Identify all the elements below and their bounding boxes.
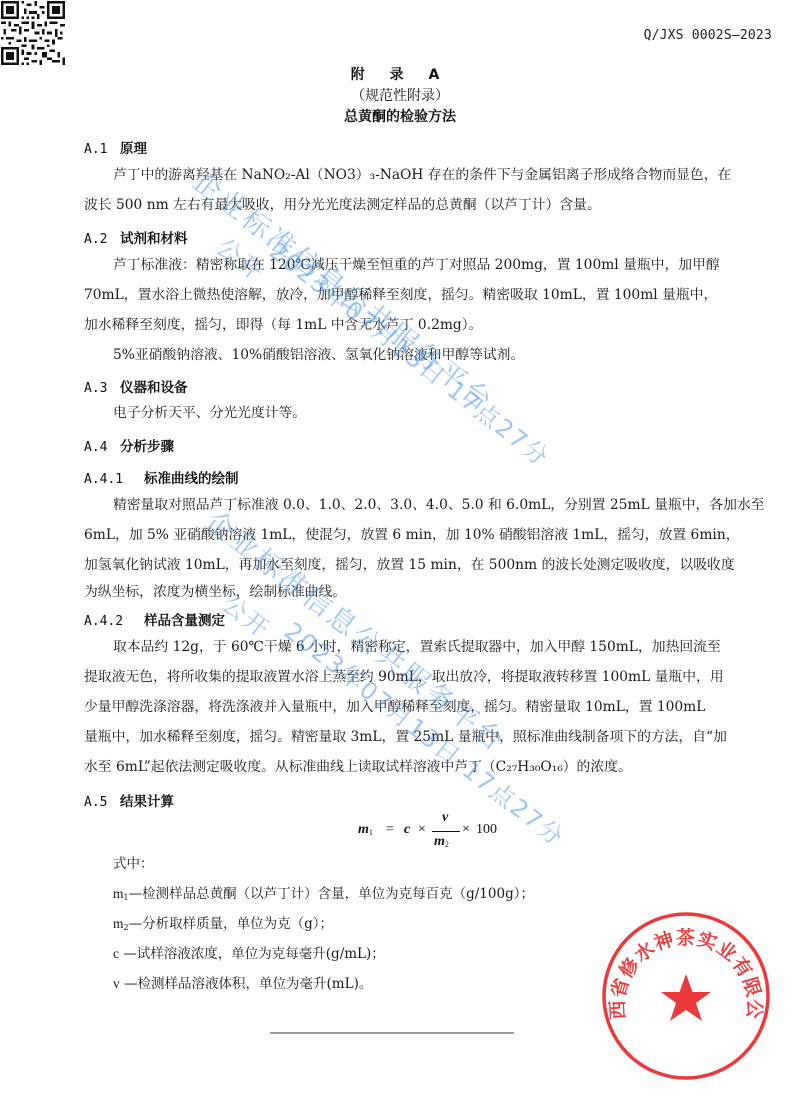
section-title: 标准曲线的绘制 — [144, 471, 239, 487]
section-title: 试剂和材料 — [120, 231, 188, 247]
section-number: A.3 — [84, 381, 120, 396]
paragraph-line: 水至 6mL”起依法测定吸收度。从标准曲线上读取试样溶液中芦丁（C₂₇H₃₀O₁… — [84, 758, 774, 776]
section-title: 仪器和设备 — [120, 380, 188, 396]
formula-times: × — [418, 822, 426, 838]
definition-m2: m2—分析取样质量，单位为克（g）； — [113, 912, 333, 932]
definition-c: c —试样溶液浓度，单位为克每毫升(g/mL)； — [113, 942, 385, 962]
section-title: 结果计算 — [120, 794, 174, 810]
section-heading-a41: A.4.1标准曲线的绘制 — [84, 467, 239, 487]
formula-c: c — [404, 822, 410, 838]
section-number: A.5 — [84, 795, 120, 810]
qr-code — [1, 1, 65, 65]
paragraph-line: 少量甲醇洗涤溶器，将洗涤液并入量瓶中，加入甲醇稀释至刻度，摇匀。精密量取 10m… — [84, 698, 774, 716]
section-number: A.2 — [84, 232, 120, 247]
definition-v: v —检测样品溶液体积，单位为毫升(mL)。 — [113, 972, 372, 992]
paragraph-line: 取本品约 12g，于 60℃干燥 6 小时，精密称定，置索氏提取器中，加入甲醇 … — [113, 638, 774, 656]
where-label: 式中： — [113, 852, 154, 872]
formula-lhs: m1 — [358, 822, 373, 838]
section-heading-a4: A.4分析步骤 — [84, 435, 174, 455]
company-seal: 江西省修水神茶实业有限公司 — [598, 908, 774, 1084]
section-heading-a3: A.3仪器和设备 — [84, 376, 188, 396]
section-title: 原理 — [120, 141, 147, 157]
section-number: A.4.2 — [84, 614, 144, 629]
paragraph-line: 芦丁标准液：精密称取在 120℃减压干燥至恒重的芦丁对照品 200mg，置 10… — [113, 256, 774, 274]
paragraph-line: 电子分析天平、分光光度计等。 — [113, 404, 774, 422]
section-title: 分析步骤 — [120, 439, 174, 455]
appendix-type: （规范性附录） — [0, 85, 800, 105]
standard-code: Q/JXS 0002S—2023 — [644, 28, 772, 43]
formula-equals: = — [386, 822, 394, 838]
section-heading-a2: A.2试剂和材料 — [84, 227, 188, 247]
paragraph-line: 为纵坐标，浓度为横坐标，绘制标准曲线。 — [84, 583, 774, 601]
paragraph-line: 提取液无色，将所收集的提取液置水浴上蒸至约 90mL，取出放冷，将提取液转移置 … — [84, 668, 774, 686]
definition-m1: m1—检测样品总黄酮（以芦丁计）含量，单位为克每百克（g/100g）； — [113, 882, 534, 902]
method-title: 总黄酮的检验方法 — [0, 106, 800, 126]
formula-constant: 100 — [476, 822, 497, 838]
paragraph-line: 加氢氧化钠试液 10mL，再加水至刻度，摇匀，放置 15 min，在 500nm… — [84, 556, 774, 574]
formula-numerator: v — [442, 810, 448, 826]
appendix-heading: 附 录 A — [0, 64, 800, 84]
section-heading-a42: A.4.2样品含量测定 — [84, 609, 225, 629]
star-icon — [661, 974, 711, 1021]
paragraph-line: 5%亚硝酸钠溶液、10%硝酸铝溶液、氢氧化钠溶液和甲醇等试剂。 — [113, 346, 774, 364]
paragraph-line: 量瓶中，加水稀释至刻度，摇匀。精密量取 3mL，置 25mL 量瓶中，照标准曲线… — [84, 728, 774, 746]
paragraph-line: 芦丁中的游离羟基在 NaNO₂-Al（NO3）₃-NaOH 存在的条件下与金属铝… — [113, 166, 774, 184]
paragraph-line: 加水稀释至刻度，摇匀，即得（每 1mL 中含无水芦丁 0.2mg）。 — [84, 316, 774, 334]
section-number: A.4 — [84, 440, 120, 455]
section-number: A.1 — [84, 142, 120, 157]
paragraph-line: 6mL，加 5% 亚硝酸钠溶液 1mL，使混匀，放置 6 min，加 10% 硝… — [84, 526, 774, 544]
paragraph-line: 波长 500 nm 左右有最大吸收，用分光光度法测定样品的总黄酮（以芦丁计）含量… — [84, 196, 774, 214]
footer-divider — [270, 1032, 514, 1034]
formula-times: × — [462, 822, 470, 838]
result-formula: m1 = c × v m2 × 100 — [358, 810, 518, 856]
section-number: A.4.1 — [84, 472, 144, 487]
section-heading-a5: A.5结果计算 — [84, 790, 174, 810]
section-heading-a1: A.1原理 — [84, 137, 147, 157]
formula-denominator: m2 — [434, 834, 449, 850]
paragraph-line: 精密量取对照品芦丁标准液 0.0、1.0、2.0、3.0、4.0、5.0 和 6… — [113, 496, 774, 514]
fraction-bar — [432, 831, 460, 832]
paragraph-line: 70mL，置水浴上微热使溶解，放冷，加甲醇稀释至刻度，摇匀。精密吸取 10mL，… — [84, 286, 774, 304]
section-title: 样品含量测定 — [144, 613, 225, 629]
